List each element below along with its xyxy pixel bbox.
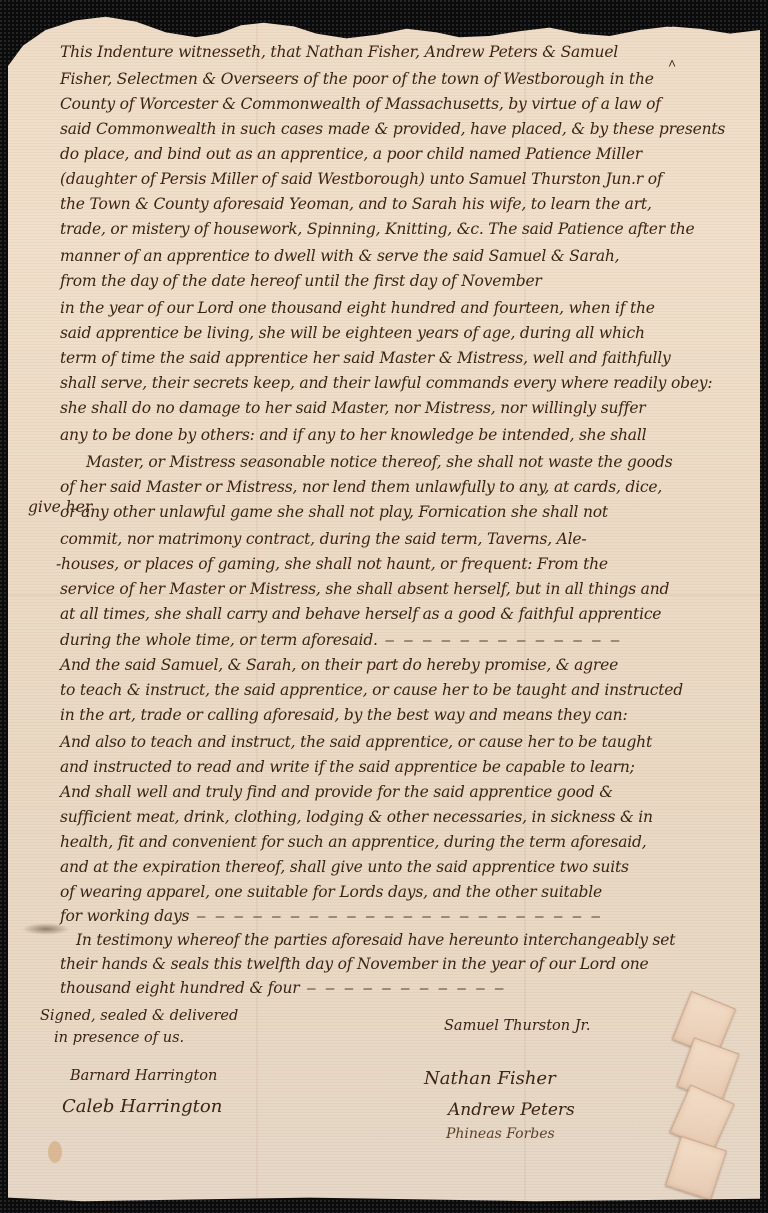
text-line: (daughter of Persis Miller of said Westb…	[60, 169, 662, 189]
text-line: of her said Master or Mistress, nor lend…	[60, 477, 662, 497]
signatory-signature: Andrew Peters	[448, 1100, 575, 1120]
text-line: for working days ‒ ‒ ‒ ‒ ‒ ‒ ‒ ‒ ‒ ‒ ‒ ‒…	[60, 906, 603, 926]
insertion-caret-icon: ^	[668, 58, 676, 74]
text-line: This Indenture witnesseth, that Nathan F…	[60, 42, 618, 62]
text-line: And the said Samuel, & Sarah, on their p…	[60, 655, 618, 675]
text-line: in the year of our Lord one thousand eig…	[60, 298, 655, 318]
signatory-signature: Nathan Fisher	[424, 1068, 556, 1089]
text-line: -houses, or places of gaming, she shall …	[56, 554, 608, 574]
signatory-signature: Samuel Thurston Jr.	[444, 1018, 590, 1034]
text-line: any to be done by others: and if any to …	[60, 425, 646, 445]
text-line: And shall well and truly find and provid…	[60, 782, 613, 802]
text-line: and at the expiration thereof, shall giv…	[60, 857, 629, 877]
attestation-line-1: Signed, sealed & delivered	[40, 1008, 238, 1024]
text-line: trade, or mistery of housework, Spinning…	[60, 219, 695, 239]
line-filler-dashes: ‒ ‒ ‒ ‒ ‒ ‒ ‒ ‒ ‒ ‒ ‒	[299, 979, 506, 997]
text-line: in the art, trade or calling aforesaid, …	[60, 705, 627, 725]
text-line: said apprentice be living, she will be e…	[60, 323, 645, 343]
text-line: In testimony whereof the parties aforesa…	[76, 930, 675, 950]
text-line: Master, or Mistress seasonable notice th…	[86, 452, 673, 472]
paper-stain	[48, 1141, 62, 1163]
text-line: thousand eight hundred & four ‒ ‒ ‒ ‒ ‒ …	[60, 978, 506, 998]
text-line: service of her Master or Mistress, she s…	[60, 579, 669, 599]
text-line: from the day of the date hereof until th…	[60, 271, 542, 291]
text-line: County of Worcester & Commonwealth of Ma…	[60, 94, 661, 114]
text-line: at all times, she shall carry and behave…	[60, 604, 661, 624]
witness-signature: Caleb Harrington	[62, 1096, 222, 1117]
text-line: the Town & County aforesaid Yeoman, and …	[60, 194, 652, 214]
text-line: shall serve, their secrets keep, and the…	[60, 373, 712, 393]
text-line: health, fit and convenient for such an a…	[60, 832, 647, 852]
text-line: and instructed to read and write if the …	[60, 757, 635, 777]
text-line: term of time the said apprentice her sai…	[60, 348, 671, 368]
paper-sheet: Phinehas Forbes ^ give her This Indentur…	[8, 6, 760, 1206]
signatory-signature: Phineas Forbes	[446, 1126, 555, 1142]
text-line: And also to teach and instruct, the said…	[60, 732, 652, 752]
text-line: she shall do no damage to her said Maste…	[60, 398, 646, 418]
text-line: said Commonwealth in such cases made & p…	[60, 119, 725, 139]
line-filler-dashes: ‒ ‒ ‒ ‒ ‒ ‒ ‒ ‒ ‒ ‒ ‒ ‒ ‒	[378, 631, 622, 649]
interlined-name: Phinehas Forbes	[604, 16, 713, 31]
witness-signature: Barnard Harrington	[70, 1068, 217, 1084]
text-line: or any other unlawful game she shall not…	[60, 502, 608, 522]
text-line: sufficient meat, drink, clothing, lodgin…	[60, 807, 653, 827]
text-line: to teach & instruct, the said apprentice…	[60, 680, 683, 700]
text-line: manner of an apprentice to dwell with & …	[60, 246, 619, 266]
text-line: their hands & seals this twelfth day of …	[60, 954, 648, 974]
line-filler-dashes: ‒ ‒ ‒ ‒ ‒ ‒ ‒ ‒ ‒ ‒ ‒ ‒ ‒ ‒ ‒ ‒ ‒ ‒ ‒ ‒ …	[189, 907, 602, 925]
text-line-content: thousand eight hundred & four	[60, 979, 299, 997]
scanned-document-view: Phinehas Forbes ^ give her This Indentur…	[0, 0, 768, 1213]
text-line: do place, and bind out as an apprentice,…	[60, 144, 642, 164]
text-line: commit, nor matrimony contract, during t…	[60, 529, 586, 549]
text-line: Fisher, Selectmen & Overseers of the poo…	[60, 69, 654, 89]
text-line: of wearing apparel, one suitable for Lor…	[60, 882, 602, 902]
paper-seal	[665, 1136, 727, 1200]
text-line: during the whole time, or term aforesaid…	[60, 630, 622, 650]
attestation-line-2: in presence of us.	[54, 1030, 184, 1046]
text-line-content: for working days	[60, 907, 189, 925]
text-line-content: during the whole time, or term aforesaid…	[60, 631, 378, 649]
